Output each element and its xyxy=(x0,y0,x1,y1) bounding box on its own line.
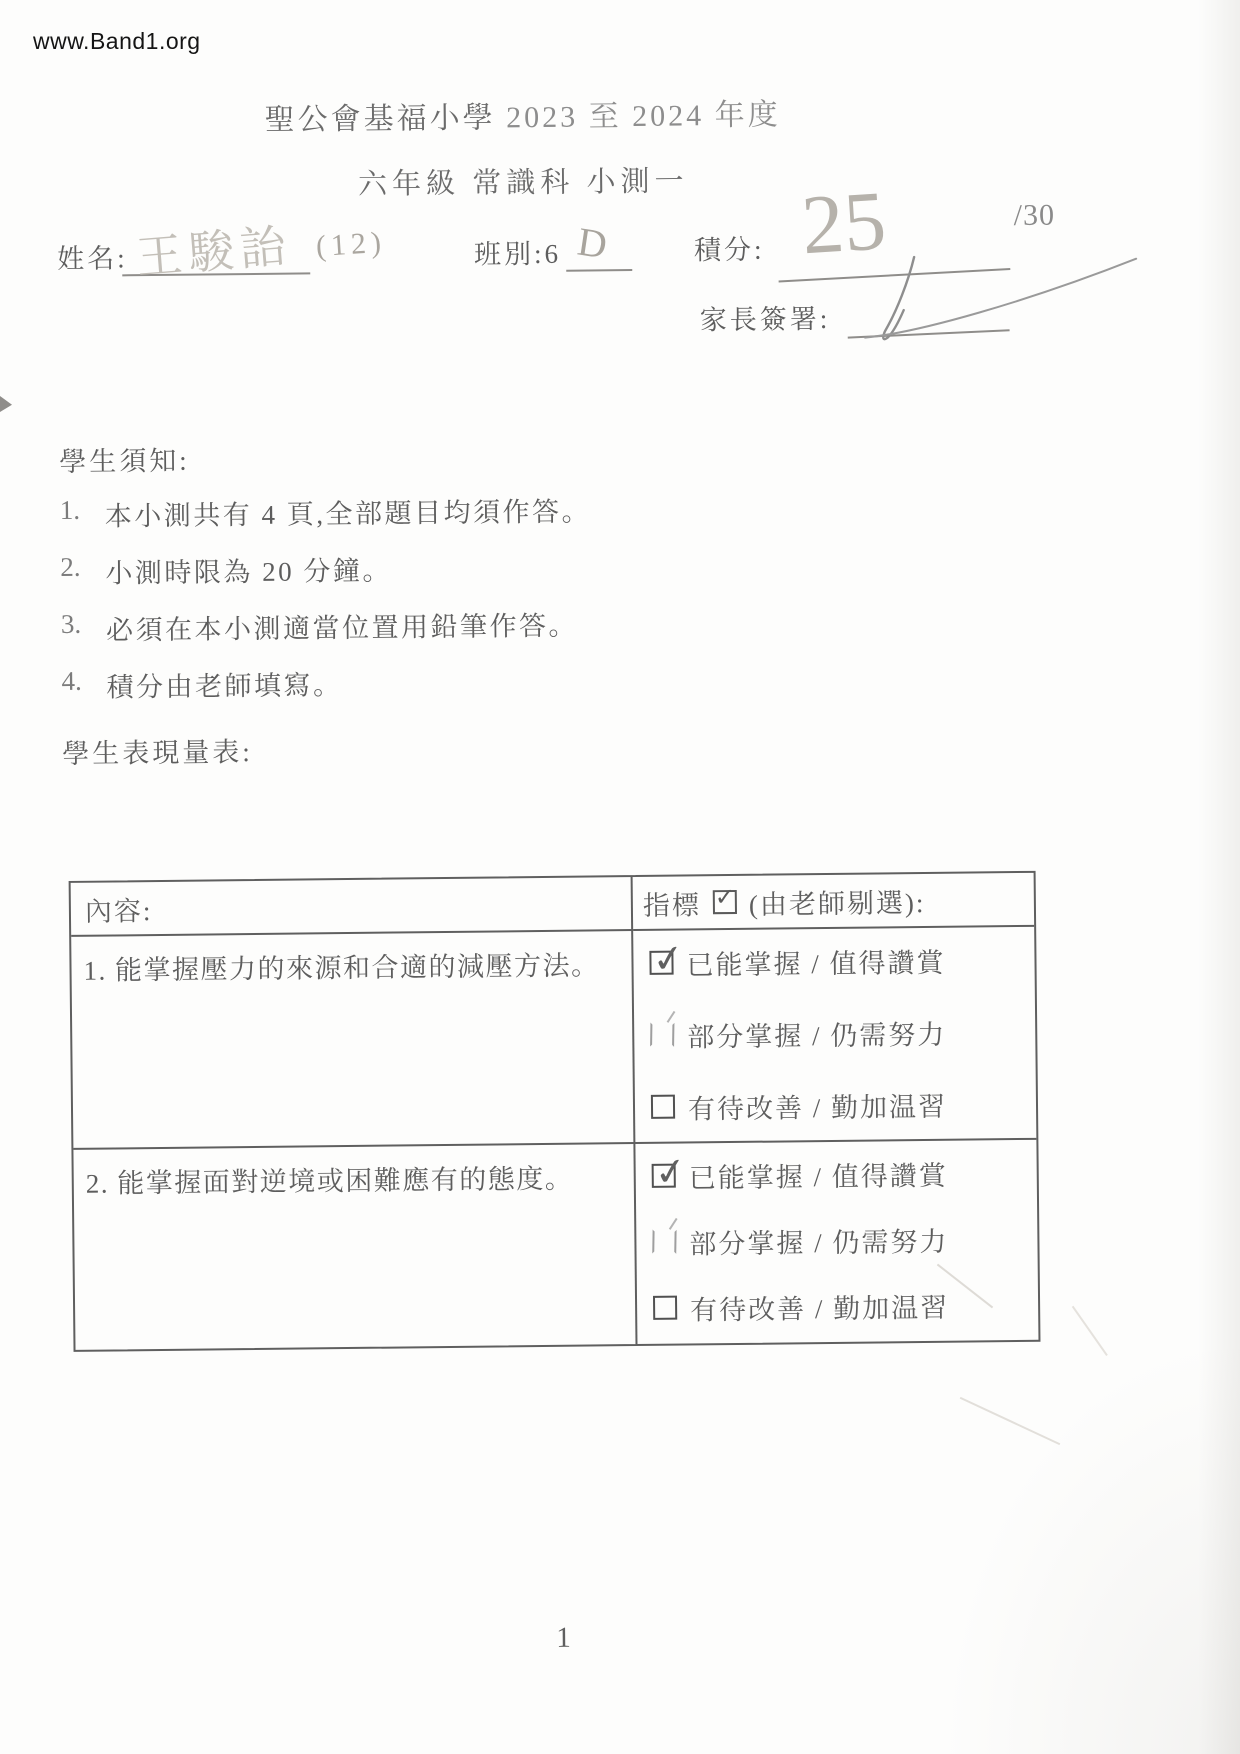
option-label: 有待改善 / 勤加温習 xyxy=(688,1084,947,1126)
notice-item-number: 3. xyxy=(61,609,106,648)
option-label: 已能掌握 / 值得讚賞 xyxy=(689,1153,948,1195)
notice-item-text: 小測時限為 20 分鐘。 xyxy=(105,549,392,591)
student-number: (12) xyxy=(315,226,387,264)
notice-item-text: 必須在本小測適當位置用鉛筆作答。 xyxy=(106,604,578,648)
option-label: 有待改善 / 勤加温習 xyxy=(690,1285,949,1327)
scan-artifact-corner-shade xyxy=(940,1334,1240,1754)
checkbox-icon: ✓ xyxy=(653,1296,677,1320)
rubric-row1-content: 1. 能掌握壓力的來源和合適的減壓方法。 xyxy=(71,931,635,1150)
option-row: ✓ 部分掌握 / 仍需努力 xyxy=(652,1222,1037,1258)
notice-item-text: 本小測共有 4 頁,全部題目均須作答。 xyxy=(105,489,592,533)
school-year-title: 聖公會基福小學 2023 至 2024 年度 xyxy=(0,87,1053,142)
rubric-row2-content: 2. 能掌握面對逆境或困難應有的態度。 xyxy=(73,1144,637,1350)
option-row: ✓ 有待改善 / 勤加温習 xyxy=(653,1288,1038,1324)
checkbox-icon: ✓ xyxy=(652,1164,676,1188)
class-label: 班別:6 xyxy=(474,232,561,272)
exam-title: 六年級 常識科 小測一 xyxy=(0,155,1053,207)
rubric-row2-options: ✓ 已能掌握 / 值得讚賞 ✓ 部分掌握 / 仍需努力 ✓ 有待改善 / 勤加温… xyxy=(635,1140,1038,1344)
checkbox-icon: ✓ xyxy=(652,1230,676,1254)
scan-artifact-edge-shade xyxy=(1198,0,1240,1754)
option-label: 已能掌握 / 值得讚賞 xyxy=(686,940,945,982)
school-year: 2023 至 2024 年度 xyxy=(506,98,781,134)
rubric-header-content: 內容: xyxy=(71,877,634,937)
notice-item-number: 2. xyxy=(60,552,105,591)
school-name: 聖公會基福小學 xyxy=(264,101,495,136)
score-total: /30 xyxy=(1014,199,1056,233)
option-row: ✓ 已能掌握 / 值得讚賞 xyxy=(649,943,1034,979)
option-row: ✓ 有待改善 / 勤加温習 xyxy=(651,1087,1036,1123)
checkbox-icon: ✓ xyxy=(651,1095,675,1119)
notice-item: 4. 積分由老師填寫。 xyxy=(61,657,961,705)
score-label: 積分: xyxy=(694,228,765,268)
checkbox-icon: ✓ xyxy=(650,1023,674,1047)
parent-sign-label: 家長簽署: xyxy=(700,297,831,337)
indicator-header-post: (由老師剔選): xyxy=(749,880,926,921)
name-label: 姓名: xyxy=(57,236,128,276)
option-label: 部分掌握 / 仍需努力 xyxy=(689,1219,948,1261)
name-handwriting: 王駿詒 xyxy=(134,209,295,287)
notice-item-text: 積分由老師填寫。 xyxy=(106,663,342,704)
notice-item-number: 4. xyxy=(61,666,106,705)
notice-item-number: 1. xyxy=(60,495,105,534)
option-row: ✓ 部分掌握 / 仍需努力 xyxy=(650,1015,1035,1051)
rubric-title: 學生表現量表: xyxy=(62,730,253,771)
notice-item: 3. 必須在本小測適當位置用鉛筆作答。 xyxy=(61,600,961,648)
checked-box-icon: ✓ xyxy=(713,890,737,914)
check-icon: ✓ xyxy=(652,1148,689,1195)
scanned-test-paper: www.Band1.org 聖公會基福小學 2023 至 2024 年度 六年級… xyxy=(0,0,1240,1754)
rubric-table: 內容: 指標 ✓ (由老師剔選): 1. 能掌握壓力的來源和合適的減壓方法。 ✓… xyxy=(69,871,1041,1352)
option-label: 部分掌握 / 仍需努力 xyxy=(687,1012,946,1054)
option-row: ✓ 已能掌握 / 值得讚賞 xyxy=(652,1156,1037,1192)
rubric-header-indicator: 指標 ✓ (由老師剔選): xyxy=(633,873,1035,931)
parent-signature-mark-icon xyxy=(846,249,1147,350)
indicator-header-pre: 指標 xyxy=(643,883,701,923)
notice-title: 學生須知: xyxy=(59,439,190,479)
notice-item: 1. 本小測共有 4 頁,全部題目均須作答。 xyxy=(60,486,960,534)
checkbox-icon: ✓ xyxy=(649,951,673,975)
content-header-label: 內容: xyxy=(85,889,153,929)
rubric-row1-options: ✓ 已能掌握 / 值得讚賞 ✓ 部分掌握 / 仍需努力 ✓ 有待改善 / 勤加温… xyxy=(633,927,1036,1144)
notice-item: 2. 小測時限為 20 分鐘。 xyxy=(60,543,960,591)
check-icon: ✓ xyxy=(715,883,737,911)
check-icon: ✓ xyxy=(650,935,687,982)
